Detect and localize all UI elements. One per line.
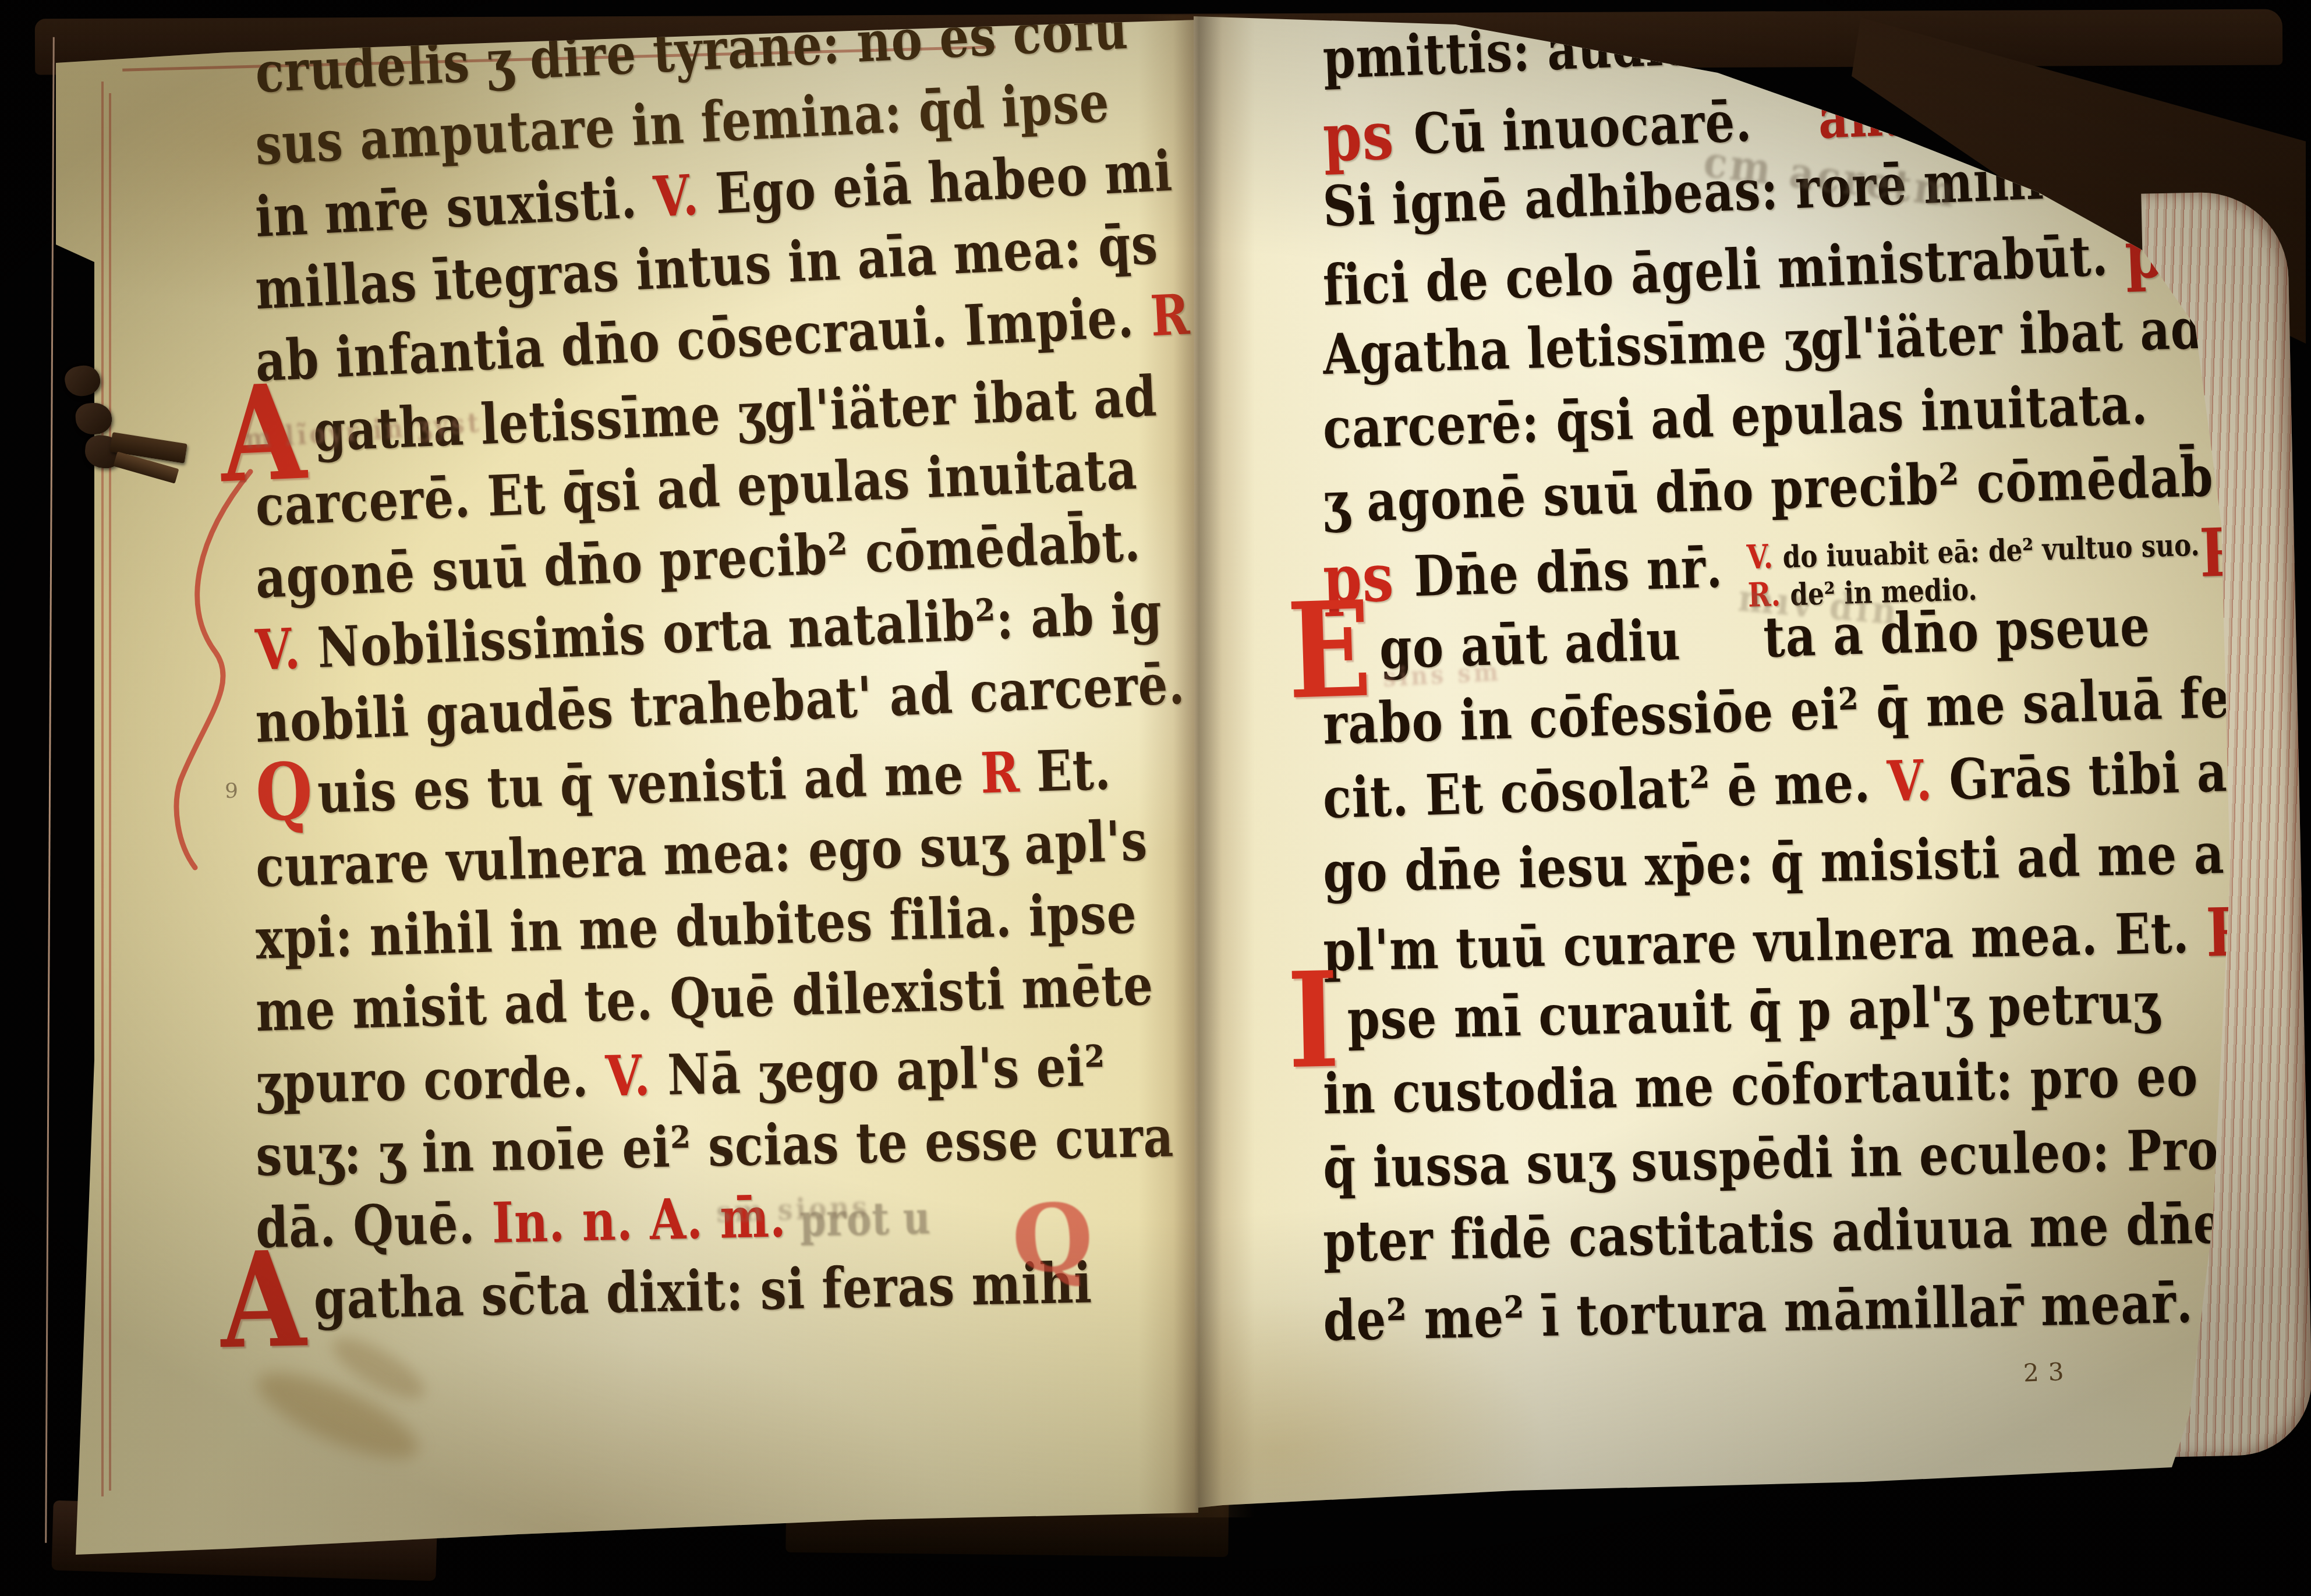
gutter-shadow xyxy=(1138,15,1255,1517)
rubric-segment: V. xyxy=(254,615,302,683)
left-page: crudelis ʒ dire tyrāne: nō es cōfusus am… xyxy=(52,12,1202,1560)
rubric-segment: In. n. A. m̄. xyxy=(491,1184,787,1255)
text-segment: Cū inuocarē. xyxy=(1413,87,1770,167)
text-segment: Nā ʒego apl's ei² xyxy=(650,1033,1106,1108)
text-segment: Et. xyxy=(1035,737,1112,805)
rubric-segment: ps xyxy=(1322,95,1415,177)
rubric-segment: V. xyxy=(652,162,700,230)
text-segment: Grās tibi a xyxy=(1948,738,2228,812)
rubric-segment: V. xyxy=(1746,536,1783,576)
left-red-ruling-line-2 xyxy=(109,93,111,1491)
margin-initial-q: Q xyxy=(1009,1181,1096,1294)
folio-number: 23 xyxy=(2023,1357,2073,1388)
rubric-segment: R xyxy=(979,739,1037,806)
faded-segment: prot u xyxy=(786,1191,932,1247)
text-segment: ʒpuro corde. xyxy=(255,1043,606,1116)
left-page-text: crudelis ʒ dire tyrāne: nō es cōfusus am… xyxy=(256,45,1176,1345)
text-segment: go aūt adiu xyxy=(1378,607,1682,681)
illuminated-initial: A xyxy=(219,1222,307,1378)
text-segment: ta a dn̄o pseue xyxy=(1763,593,2151,670)
text-segment: de² me² ī tortura māmillar̄ mear̄. xyxy=(1322,1269,2210,1354)
text-segment: Q xyxy=(254,745,314,839)
manuscript-text-line: de² me² ī tortura māmillar̄ mear̄. R xyxy=(1322,1269,2255,1363)
text-segment: Dn̄e dn̄s nr̄. xyxy=(1413,534,1740,609)
rubric-segment: V. xyxy=(1887,746,1951,814)
left-fore-edge-leaves xyxy=(45,37,106,1543)
manuscript-photo: crudelis ʒ dire tyrāne: nō es cōfusus am… xyxy=(0,0,2311,1596)
quire-mark: 9 xyxy=(225,779,238,803)
rubric-segment: V. xyxy=(605,1042,652,1109)
